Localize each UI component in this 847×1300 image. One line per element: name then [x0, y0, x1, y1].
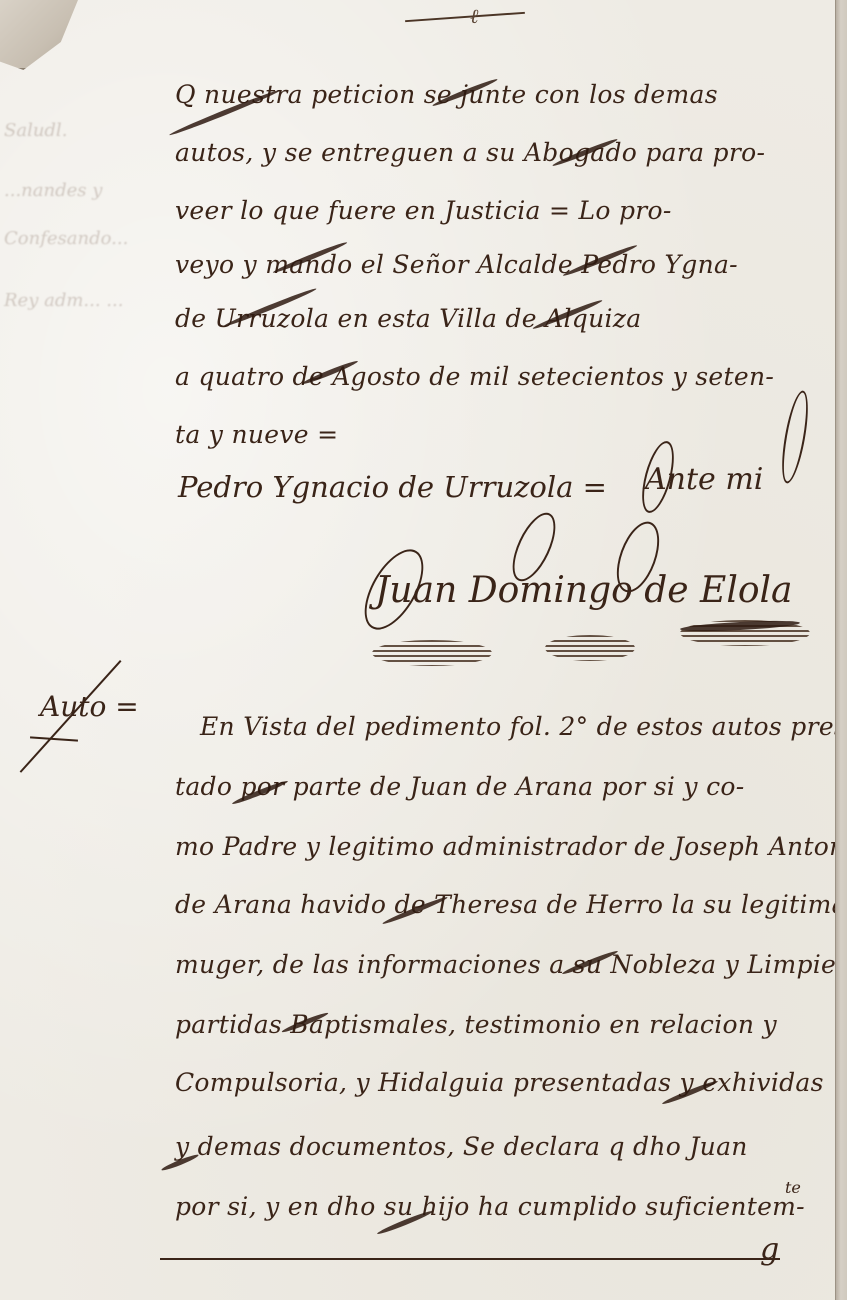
text-line-6: a quatro de Agosto de mil setecientos y …: [175, 362, 805, 392]
bleed-through-text: Saludl.: [4, 120, 67, 141]
next-page-edge: [835, 0, 847, 1300]
auto-line-9: por si, y en dho su hijo ha cumplido suf…: [175, 1192, 805, 1222]
bleed-through-text: Confesando...: [4, 228, 128, 249]
auto-line-6: partidas Baptismales, testimonio en rela…: [175, 1010, 805, 1040]
text-line-3: veer lo que fuere en Justicia = Lo pro-: [175, 196, 805, 226]
bleed-through-text: Rey adm... ...: [4, 290, 123, 311]
manuscript-page: Saludl. ...nandes y Confesando... Rey ad…: [0, 0, 835, 1300]
folio-mark: ℓ: [470, 4, 478, 29]
signature-escribano: Juan Domingo de Elola: [375, 570, 792, 611]
text-line-2: autos, y se entreguen a su Abogado para …: [175, 138, 805, 168]
auto-line-5: muger, de las informaciones a su Nobleza…: [175, 950, 805, 980]
closing-rule: [160, 1258, 780, 1260]
torn-corner: [0, 0, 78, 70]
folio-stroke: [405, 12, 525, 22]
auto-line-3: mo Padre y legitimo administrador de Jos…: [175, 832, 805, 862]
signature-rubric-scribble: [372, 640, 492, 666]
bleed-through-text: ...nandes y: [4, 180, 102, 201]
auto-line-4: de Arana havido de Theresa de Herro la s…: [175, 890, 805, 920]
auto-underline: [30, 736, 78, 741]
text-line-7: ta y nueve =: [175, 420, 805, 450]
catchword: g: [760, 1232, 779, 1267]
auto-line-8: y demas documentos, Se declara q dho Jua…: [175, 1132, 805, 1162]
superscript-abbrev: te: [785, 1178, 801, 1197]
signature-alcalde: Pedro Ygnacio de Urruzola =: [178, 470, 607, 504]
auto-line-1: En Vista del pedimento fol. 2° de estos …: [200, 712, 810, 742]
text-line-4: veyo y mando el Señor Alcalde Pedro Ygna…: [175, 250, 805, 280]
signature-rubric-scribble: [545, 635, 635, 661]
